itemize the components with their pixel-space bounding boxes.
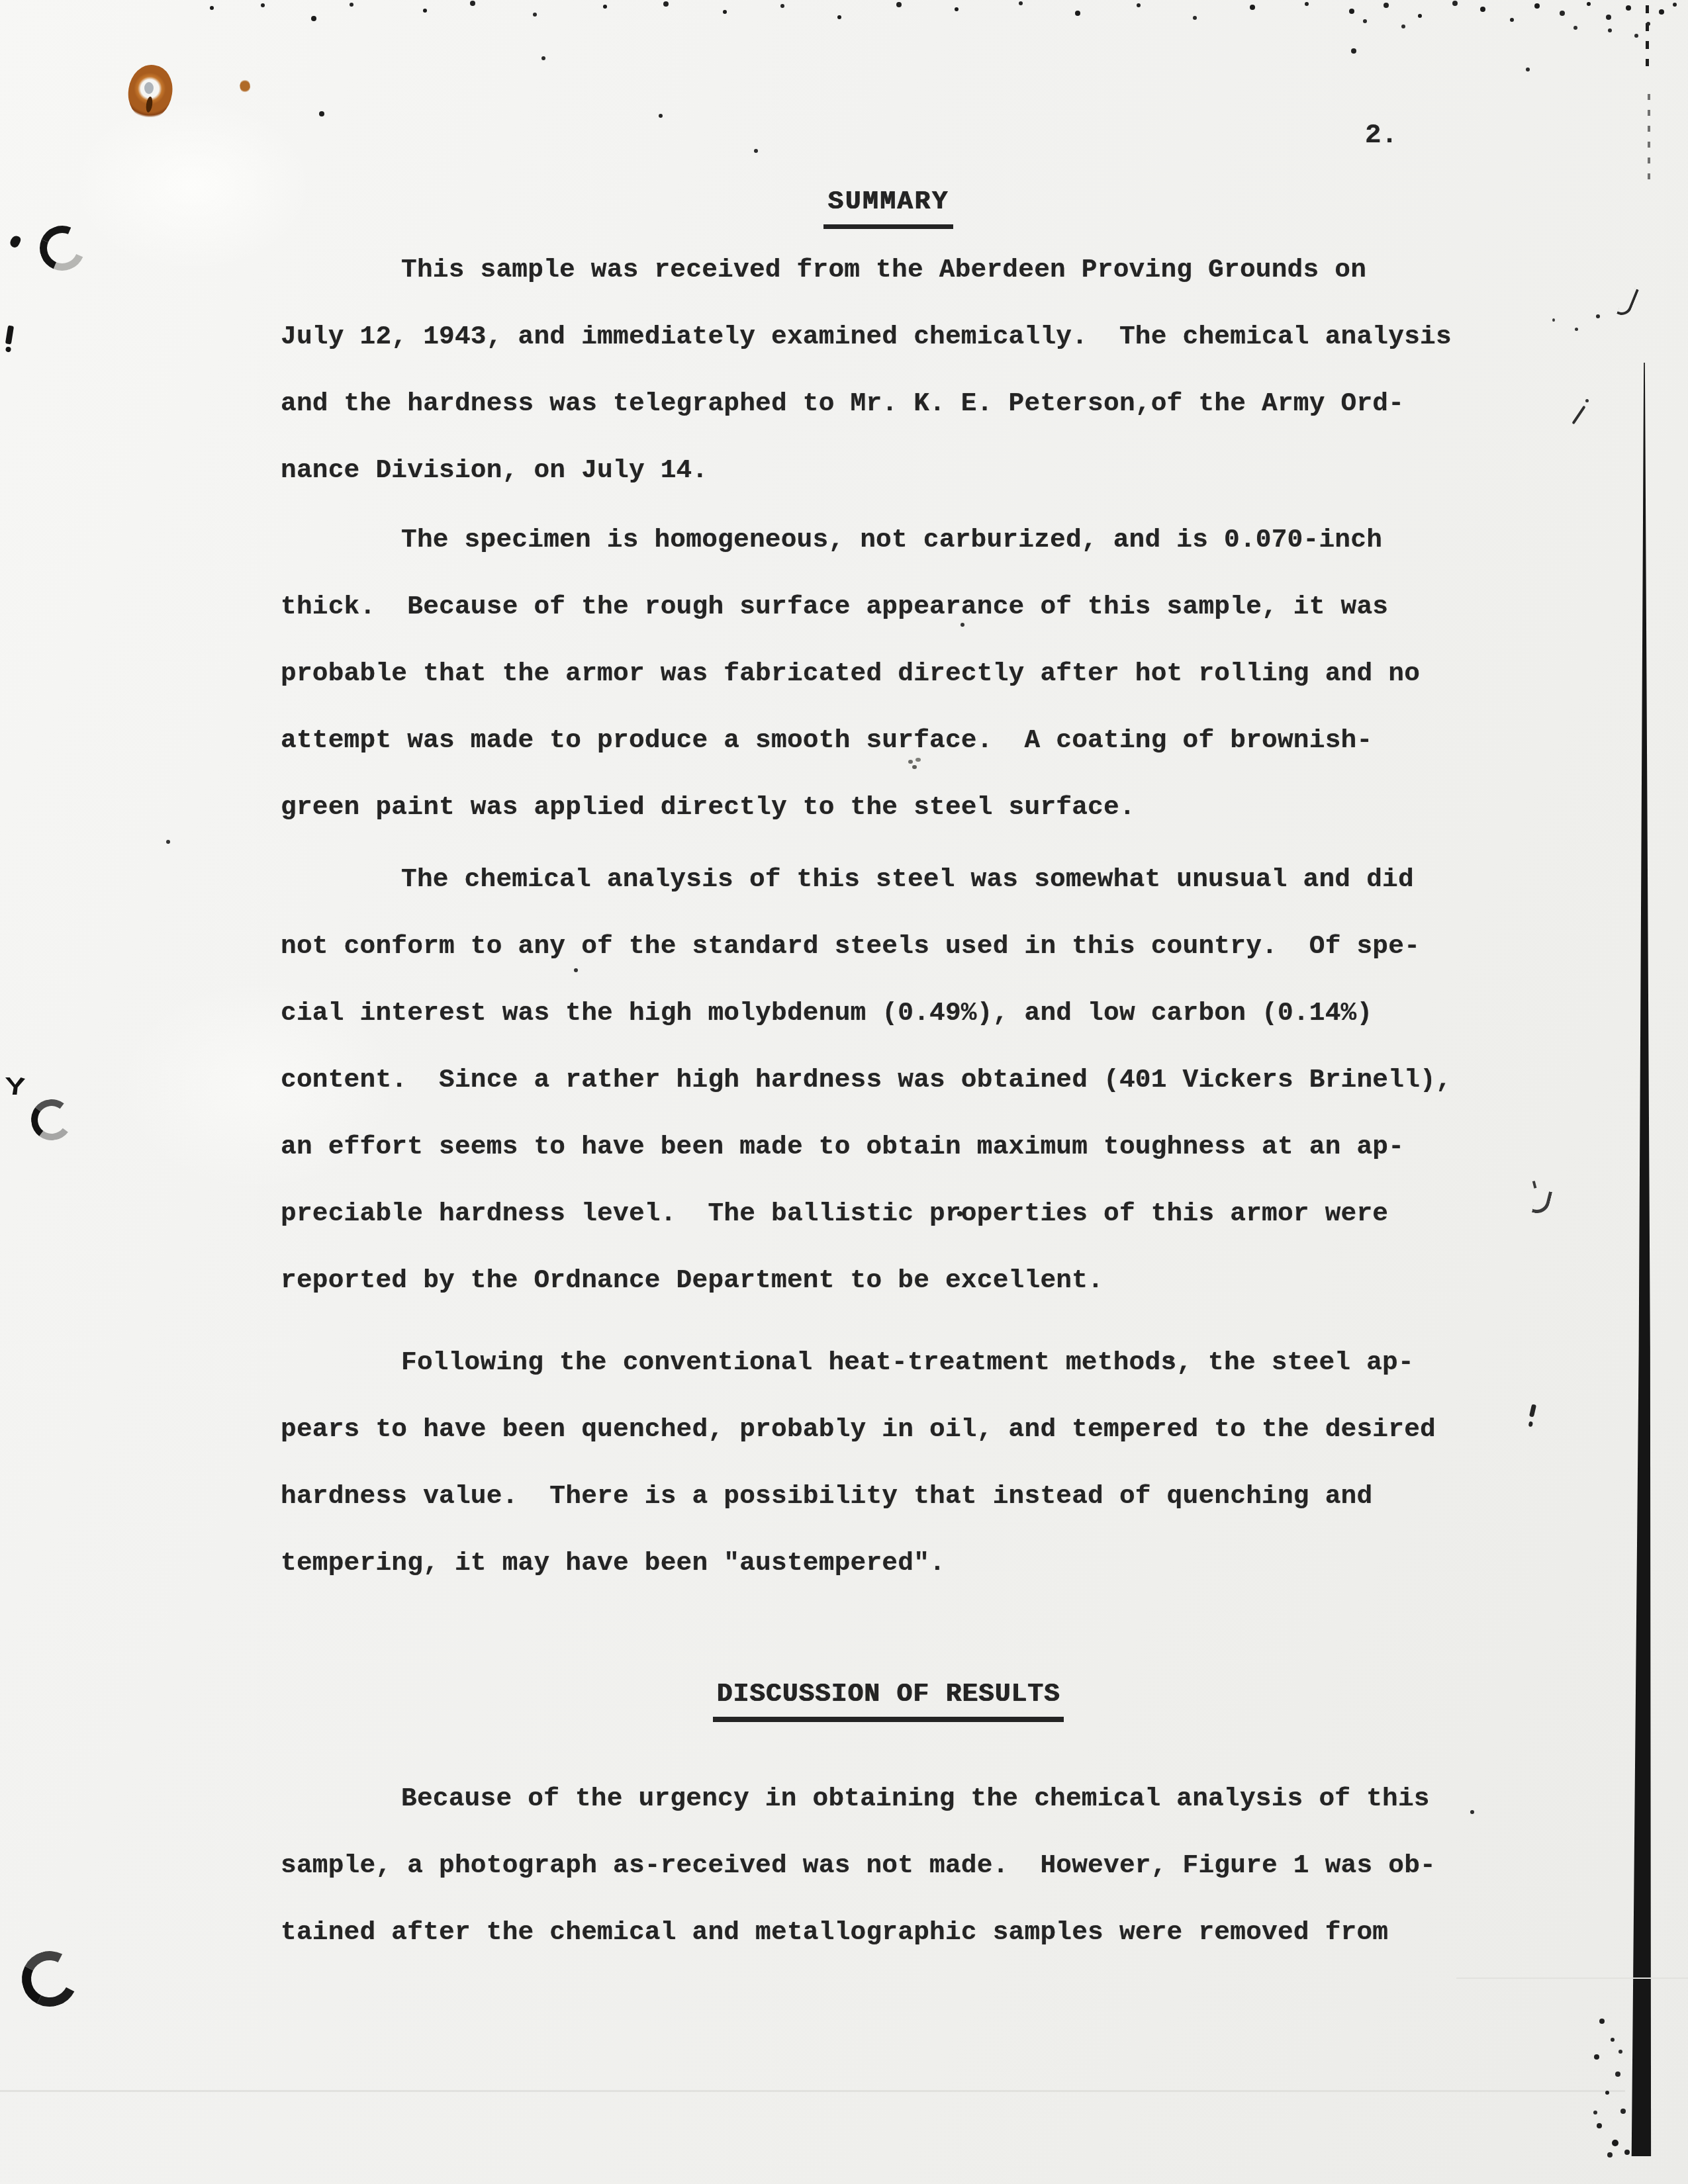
bottom-right-speckles <box>1589 2012 1591 2015</box>
text-line: The specimen is homogeneous, not carburi… <box>281 506 1452 573</box>
text-line: hardness value. There is a possibility t… <box>281 1463 1452 1529</box>
text-line: green paint was applied directly to the … <box>281 774 1452 841</box>
summary-heading-text: SUMMARY <box>823 185 953 229</box>
text-line: July 12, 1943, and immediately examined … <box>281 303 1452 370</box>
text-line: Following the conventional heat-treatmen… <box>281 1329 1452 1396</box>
text-line: The chemical analysis of this steel was … <box>281 846 1452 913</box>
text-line: Because of the urgency in obtaining the … <box>281 1765 1452 1832</box>
text-line: This sample was received from the Aberde… <box>281 236 1452 303</box>
document-page: 2. SUMMARY This sample was received from… <box>0 0 1688 2184</box>
scattered-speckles <box>0 0 3 3</box>
ink-blot <box>9 234 22 249</box>
paragraph-1: This sample was received from the Aberde… <box>281 236 1452 504</box>
margin-y-mark <box>5 1077 25 1095</box>
scan-hairline <box>0 2090 1625 2092</box>
pen-crescent-mark-middle <box>28 1097 75 1143</box>
text-line: reported by the Ordnance Department to b… <box>281 1247 1452 1314</box>
text-line: content. Since a rather high hardness wa… <box>281 1046 1452 1113</box>
summary-heading: SUMMARY <box>303 168 1474 235</box>
paragraph-4: Following the conventional heat-treatmen… <box>281 1329 1452 1596</box>
margin-tick-mark <box>5 325 14 344</box>
paragraph-5: Because of the urgency in obtaining the … <box>281 1765 1452 1966</box>
scribble-dot <box>1552 318 1555 322</box>
text-line: cial interest was the high molybdenum (0… <box>281 979 1452 1046</box>
scan-hairline-2 <box>1456 1978 1688 1979</box>
rust-hole-stain <box>128 65 172 119</box>
text-line: not conform to any of the standard steel… <box>281 913 1452 979</box>
margin-check-mark <box>1532 1189 1552 1216</box>
scan-edge-dashes-2 <box>1648 94 1650 187</box>
scribble-dot <box>1575 328 1578 331</box>
margin-exclamation-mark <box>1529 1404 1536 1417</box>
pen-crescent-mark-bottom <box>15 1944 85 2014</box>
scribble-dot <box>1596 314 1600 318</box>
text-line: sample, a photograph as-received was not… <box>281 1832 1452 1899</box>
text-line: preciable hardness level. The ballistic … <box>281 1180 1452 1247</box>
discussion-heading-text: DISCUSSION OF RESULTS <box>713 1678 1064 1722</box>
text-line: pears to have been quenched, probably in… <box>281 1396 1452 1463</box>
scribble-stroke <box>1617 285 1639 318</box>
scanned-report-page: { "colors":{ "paper":"#f1f1ef", "ink":"#… <box>0 0 1688 2184</box>
scan-edge-dark-band <box>1627 363 1655 2156</box>
scribble-stroke <box>1571 406 1585 425</box>
text-line: and the hardness was telegraphed to Mr. … <box>281 370 1452 437</box>
paper-light-patch <box>73 99 311 271</box>
scribble-dot <box>1585 399 1589 402</box>
text-line: tained after the chemical and metallogra… <box>281 1899 1452 1966</box>
text-line: an effort seems to have been made to obt… <box>281 1113 1452 1180</box>
margin-pen-scribble <box>1546 281 1652 433</box>
text-line: attempt was made to produce a smooth sur… <box>281 707 1452 774</box>
paragraph-2: The specimen is homogeneous, not carburi… <box>281 506 1452 841</box>
page-number: 2. <box>1365 121 1398 151</box>
rust-hole-core <box>144 82 154 94</box>
scan-edge-dashes <box>1646 5 1649 66</box>
text-line: probable that the armor was fabricated d… <box>281 640 1452 707</box>
paragraph-3: The chemical analysis of this steel was … <box>281 846 1452 1314</box>
text-line: nance Division, on July 14. <box>281 437 1452 504</box>
text-line: thick. Because of the rough surface appe… <box>281 573 1452 640</box>
text-line: tempering, it may have been "austempered… <box>281 1529 1452 1596</box>
typewriter-smudge <box>907 757 925 772</box>
discussion-heading: DISCUSSION OF RESULTS <box>303 1661 1474 1727</box>
rust-speck <box>238 78 252 93</box>
